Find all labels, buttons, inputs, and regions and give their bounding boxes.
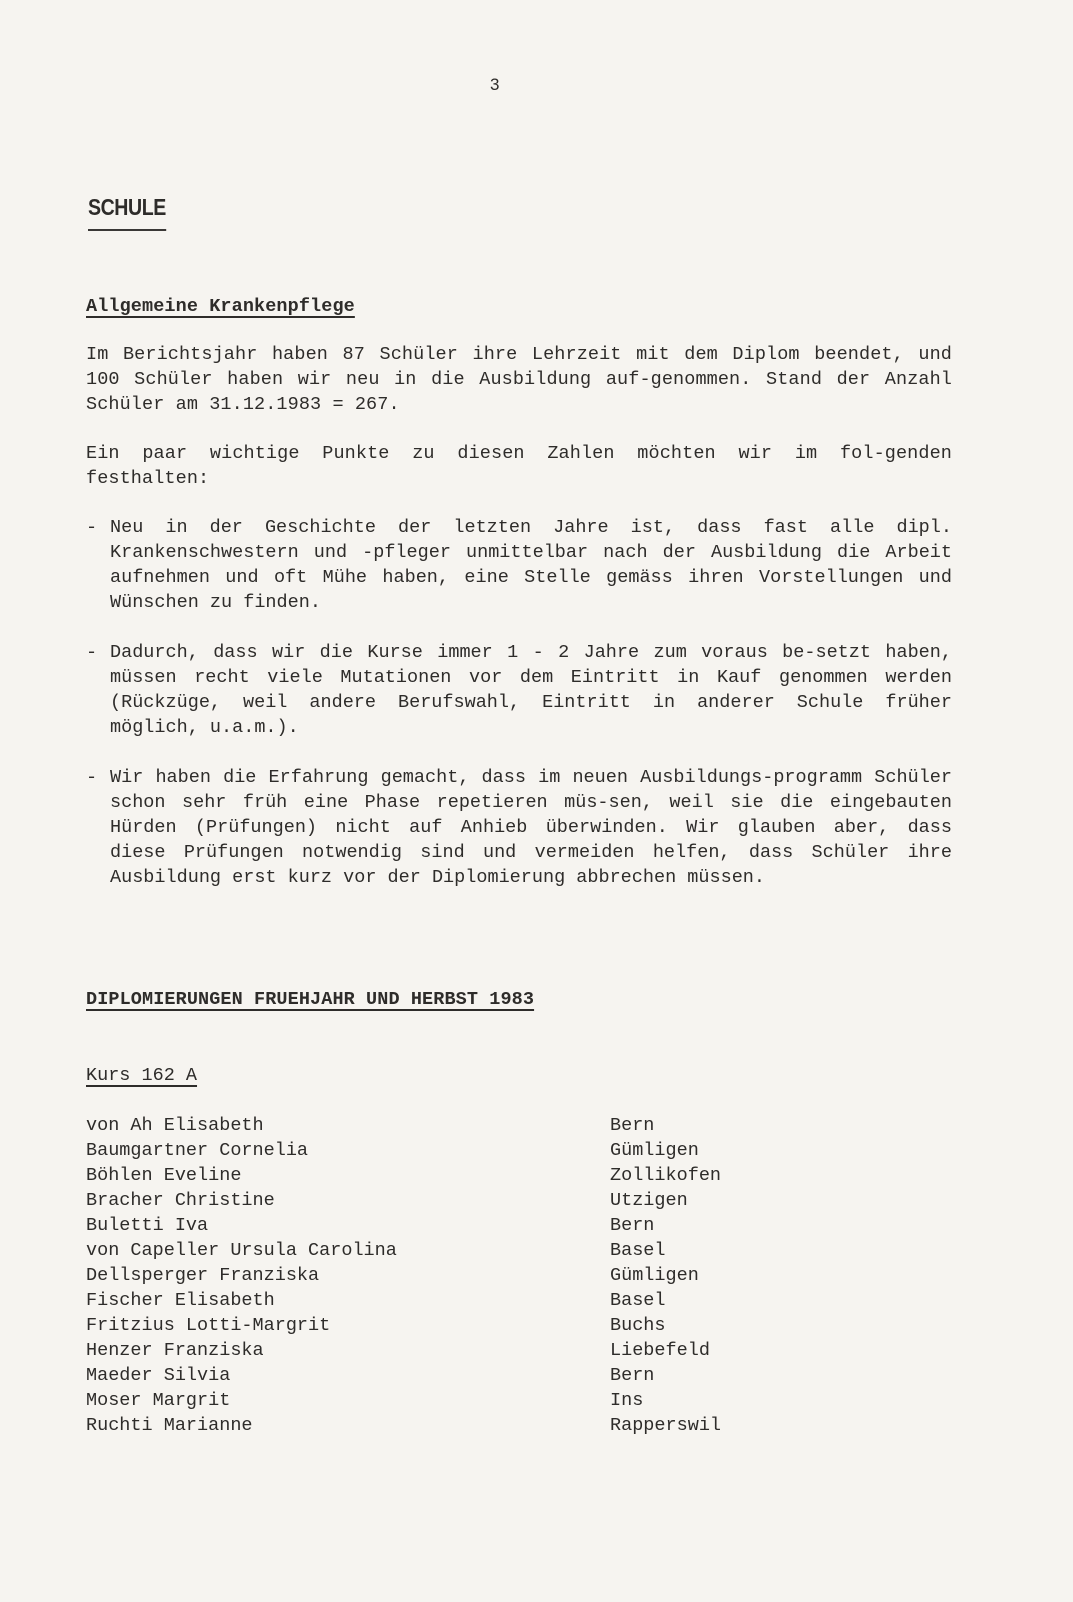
graduate-place: Bern [610,1363,654,1388]
graduate-name: von Capeller Ursula Carolina [86,1238,397,1263]
graduate-row: Baumgartner CorneliaGümligen [86,1138,846,1163]
graduate-name: Fischer Elisabeth [86,1288,275,1313]
graduate-name: Baumgartner Cornelia [86,1138,308,1163]
bullet-item: - Dadurch, dass wir die Kurse immer 1 - … [86,640,952,740]
graduate-row: Fritzius Lotti-MargritBuchs [86,1313,846,1338]
graduate-place: Bern [610,1213,654,1238]
graduate-name: Buletti Iva [86,1213,208,1238]
graduate-row: Böhlen EvelineZollikofen [86,1163,846,1188]
graduate-name: von Ah Elisabeth [86,1113,264,1138]
graduate-row: Ruchti MarianneRapperswil [86,1413,846,1438]
graduate-place: Utzigen [610,1188,688,1213]
graduate-name: Fritzius Lotti-Margrit [86,1313,330,1338]
points-intro-paragraph: Ein paar wichtige Punkte zu diesen Zahle… [86,441,952,491]
bullet-text: Neu in der Geschichte der letzten Jahre … [110,515,952,615]
graduate-row: von Capeller Ursula CarolinaBasel [86,1238,846,1263]
section-title: SCHULE [88,194,166,231]
graduate-place: Basel [610,1238,666,1263]
bullet-item: - Wir haben die Erfahrung gemacht, dass … [86,765,952,890]
graduate-row: Maeder SilviaBern [86,1363,846,1388]
graduate-row: Moser MargritIns [86,1388,846,1413]
graduate-name: Böhlen Eveline [86,1163,241,1188]
graduate-name: Moser Margrit [86,1388,230,1413]
graduate-place: Gümligen [610,1138,699,1163]
graduate-row: Henzer FranziskaLiebefeld [86,1338,846,1363]
bullet-marker: - [86,515,97,540]
graduate-row: Fischer ElisabethBasel [86,1288,846,1313]
graduate-name: Dellsperger Franziska [86,1263,319,1288]
graduate-row: Buletti IvaBern [86,1213,846,1238]
graduate-name: Maeder Silvia [86,1363,230,1388]
graduate-place: Zollikofen [610,1163,721,1188]
course-label: Kurs 162 A [86,1065,197,1086]
graduate-name: Ruchti Marianne [86,1413,253,1438]
graduate-place: Ins [610,1388,643,1413]
graduates-list: von Ah ElisabethBernBaumgartner Cornelia… [86,1113,846,1438]
graduate-name: Bracher Christine [86,1188,275,1213]
subsection-heading: Allgemeine Krankenpflege [86,296,355,317]
graduate-place: Liebefeld [610,1338,710,1363]
graduate-place: Buchs [610,1313,666,1338]
graduate-row: Dellsperger FranziskaGümligen [86,1263,846,1288]
graduate-row: Bracher ChristineUtzigen [86,1188,846,1213]
bullet-text: Dadurch, dass wir die Kurse immer 1 - 2 … [110,640,952,740]
graduate-place: Gümligen [610,1263,699,1288]
intro-paragraph: Im Berichtsjahr haben 87 Schüler ihre Le… [86,342,952,417]
graduate-place: Basel [610,1288,666,1313]
graduate-row: von Ah ElisabethBern [86,1113,846,1138]
graduate-place: Rapperswil [610,1413,721,1438]
bullet-marker: - [86,640,97,665]
diplomas-heading: DIPLOMIERUNGEN FRUEHJAHR UND HERBST 1983 [86,989,534,1010]
bullet-marker: - [86,765,97,790]
graduate-place: Bern [610,1113,654,1138]
page-number: 3 [490,75,499,95]
bullet-item: - Neu in der Geschichte der letzten Jahr… [86,515,952,615]
graduate-name: Henzer Franziska [86,1338,264,1363]
bullet-text: Wir haben die Erfahrung gemacht, dass im… [110,765,952,890]
